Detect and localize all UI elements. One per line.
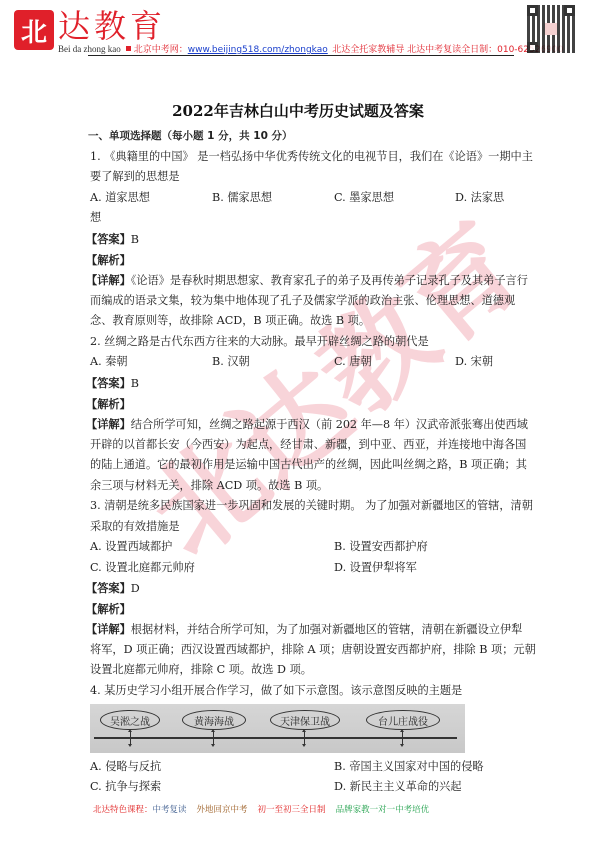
detail-line: 【详解】《论语》是春秋时期思想家、教育家孔子的弟子及再传弟子记录孔子及其弟子言行 xyxy=(86,273,528,288)
option-b: B. 帝国主义国家对中国的侵略 xyxy=(334,760,484,774)
answer-label: 【答案】 xyxy=(86,581,131,595)
option-overflow: 想 xyxy=(90,211,101,225)
footer-courses: 北达特色课程：中考复读外地回京中考初一至初三全日制品牌家教一对一中考培优 xyxy=(93,803,439,815)
bullet-icon xyxy=(126,46,131,51)
option-c: C. 设置北庭都元帅府 xyxy=(90,561,195,575)
question-stem: 3. 清朝是统多民族国家进一步巩固和发展的关键时期。 为了加强对新疆地区的管辖，… xyxy=(90,499,533,513)
detail-text: 结合所学可知，丝绸之路起源于西汉（前 202 年—8 年）汉武帝派张骞出使西域 xyxy=(131,418,528,431)
footer-course[interactable]: 初一至初三全日制 xyxy=(258,805,326,815)
option-d: D. 法家思 xyxy=(455,191,504,205)
option-d: D. 宋朝 xyxy=(455,355,493,369)
detail-line: 念、教育原则等，故排除 ACD，B 项正确。故选 B 项。 xyxy=(90,314,370,328)
question-stem: 4. 某历史学习小组开展合作学习，做了如下示意图。该示意图反映的主题是 xyxy=(90,684,462,698)
detail-line: 余三项与材料无关，排除 ACD 项。故选 B 项。 xyxy=(90,479,328,493)
answer-value: D xyxy=(131,582,140,595)
header-divider xyxy=(88,55,514,56)
timeline-diagram: 吴淞之战 黄海海战 天津保卫战 台儿庄战役 xyxy=(90,704,465,753)
page-title: 2022年吉林白山中考历史试题及答案 xyxy=(0,100,596,121)
double-arrow-icon xyxy=(213,731,214,745)
detail-line: 将军，D 项正确；西汉设置西域都护，排除 A 项；唐朝设置安西都护府，排除 B … xyxy=(90,643,536,657)
pinyin-label: Bei da zhong kao xyxy=(58,44,121,54)
question-stem: 采取的有效措施是 xyxy=(90,520,180,534)
footer-course[interactable]: 中考复读 xyxy=(153,805,187,815)
option-c: C. 抗争与探索 xyxy=(90,780,161,794)
detail-line: 而编成的语录文集，较为集中地体现了孔子及儒家学派的政治主张、伦理思想、道德观 xyxy=(90,294,515,308)
site-label: 北京中考网： xyxy=(134,45,188,55)
question-stem: 1. 《典籍里的中国》 是一档弘扬中华优秀传统文化的电视节目，我们在《论语》一期… xyxy=(90,150,533,164)
option-c: C. 墨家思想 xyxy=(334,191,394,205)
answer-line: 【答案】B xyxy=(86,376,139,391)
brand-name: 达教育 xyxy=(58,6,166,46)
site-link[interactable]: www.beijing518.com/zhongkao xyxy=(188,45,328,55)
double-arrow-icon xyxy=(402,731,403,745)
detail-line: 设置北庭都元帅府，排除 C 项。故选 D 项。 xyxy=(90,663,312,677)
answer-value: B xyxy=(131,377,139,390)
answer-label: 【答案】 xyxy=(86,232,131,246)
logo-badge: 北 xyxy=(14,10,54,50)
option-a: A. 侵略与反抗 xyxy=(90,760,161,774)
option-b: B. 设置安西都护府 xyxy=(334,540,428,554)
double-arrow-icon xyxy=(304,731,305,745)
answer-line: 【答案】B xyxy=(86,232,139,247)
option-a: A. 道家思想 xyxy=(90,191,150,205)
question-stem: 2. 丝绸之路是古代东西方往来的大动脉。最早开辟丝绸之路的朝代是 xyxy=(90,335,429,349)
analysis-label: 【解析】 xyxy=(86,602,131,616)
option-d: D. 新民主主义革命的兴起 xyxy=(334,780,462,794)
section-heading: 一、单项选择题（每小题 1 分，共 10 分） xyxy=(88,129,293,143)
option-a: A. 秦朝 xyxy=(90,355,128,369)
qr-code-icon xyxy=(527,5,575,53)
footer-course[interactable]: 外地回京中考 xyxy=(197,805,248,815)
question-stem: 要了解到的思想是 xyxy=(90,170,180,184)
qr-finder-icon xyxy=(564,5,575,16)
timeline-node: 天津保卫战 xyxy=(270,710,340,730)
answer-line: 【答案】D xyxy=(86,581,140,596)
detail-line: 【详解】根据材料，并结合所学可知，为了加强对新疆地区的管辖，清朝在新疆设立伊犁 xyxy=(86,622,522,637)
timeline-node: 吴淞之战 xyxy=(100,710,160,730)
option-b: B. 汉朝 xyxy=(212,355,250,369)
answer-value: B xyxy=(131,233,139,246)
analysis-label: 【解析】 xyxy=(86,397,131,411)
option-a: A. 设置西域都护 xyxy=(90,540,172,554)
answer-label: 【答案】 xyxy=(86,376,131,390)
double-arrow-icon xyxy=(130,731,131,745)
detail-line: 【详解】结合所学可知，丝绸之路起源于西汉（前 202 年—8 年）汉武帝派张骞出… xyxy=(86,417,528,432)
analysis-label: 【解析】 xyxy=(86,253,131,267)
detail-label: 【详解】 xyxy=(86,273,131,287)
header-subline: Bei da zhong kao北京中考网：www.beijing518.com… xyxy=(58,42,563,55)
detail-label: 【详解】 xyxy=(86,622,131,636)
timeline-node: 黄海海战 xyxy=(182,710,246,730)
detail-label: 【详解】 xyxy=(86,417,131,431)
detail-text: 《论语》是春秋时期思想家、教育家孔子的弟子及再传弟子记录孔子及其弟子言行 xyxy=(131,274,528,287)
detail-line: 的陆上通道。它的最初作用是运输中国古代出产的丝绸，因此叫丝绸之路，B 项正确；其 xyxy=(90,458,527,472)
detail-text: 根据材料，并结合所学可知，为了加强对新疆地区的管辖，清朝在新疆设立伊犁 xyxy=(131,623,523,636)
qr-finder-icon xyxy=(527,42,538,53)
footer-course[interactable]: 品牌家教一对一中考培优 xyxy=(336,805,430,815)
option-b: B. 儒家思想 xyxy=(212,191,272,205)
footer-label: 北达特色课程： xyxy=(93,805,153,815)
qr-center-logo-icon xyxy=(545,23,557,35)
qr-finder-icon xyxy=(527,5,538,16)
option-d: D. 设置伊犁将军 xyxy=(334,561,417,575)
timeline-node: 台儿庄战役 xyxy=(366,710,440,730)
option-c: C. 唐朝 xyxy=(334,355,372,369)
detail-line: 开辟的以首都长安（今西安）为起点，经甘肃、新疆，到中亚、西亚，并连接地中海各国 xyxy=(90,438,526,452)
